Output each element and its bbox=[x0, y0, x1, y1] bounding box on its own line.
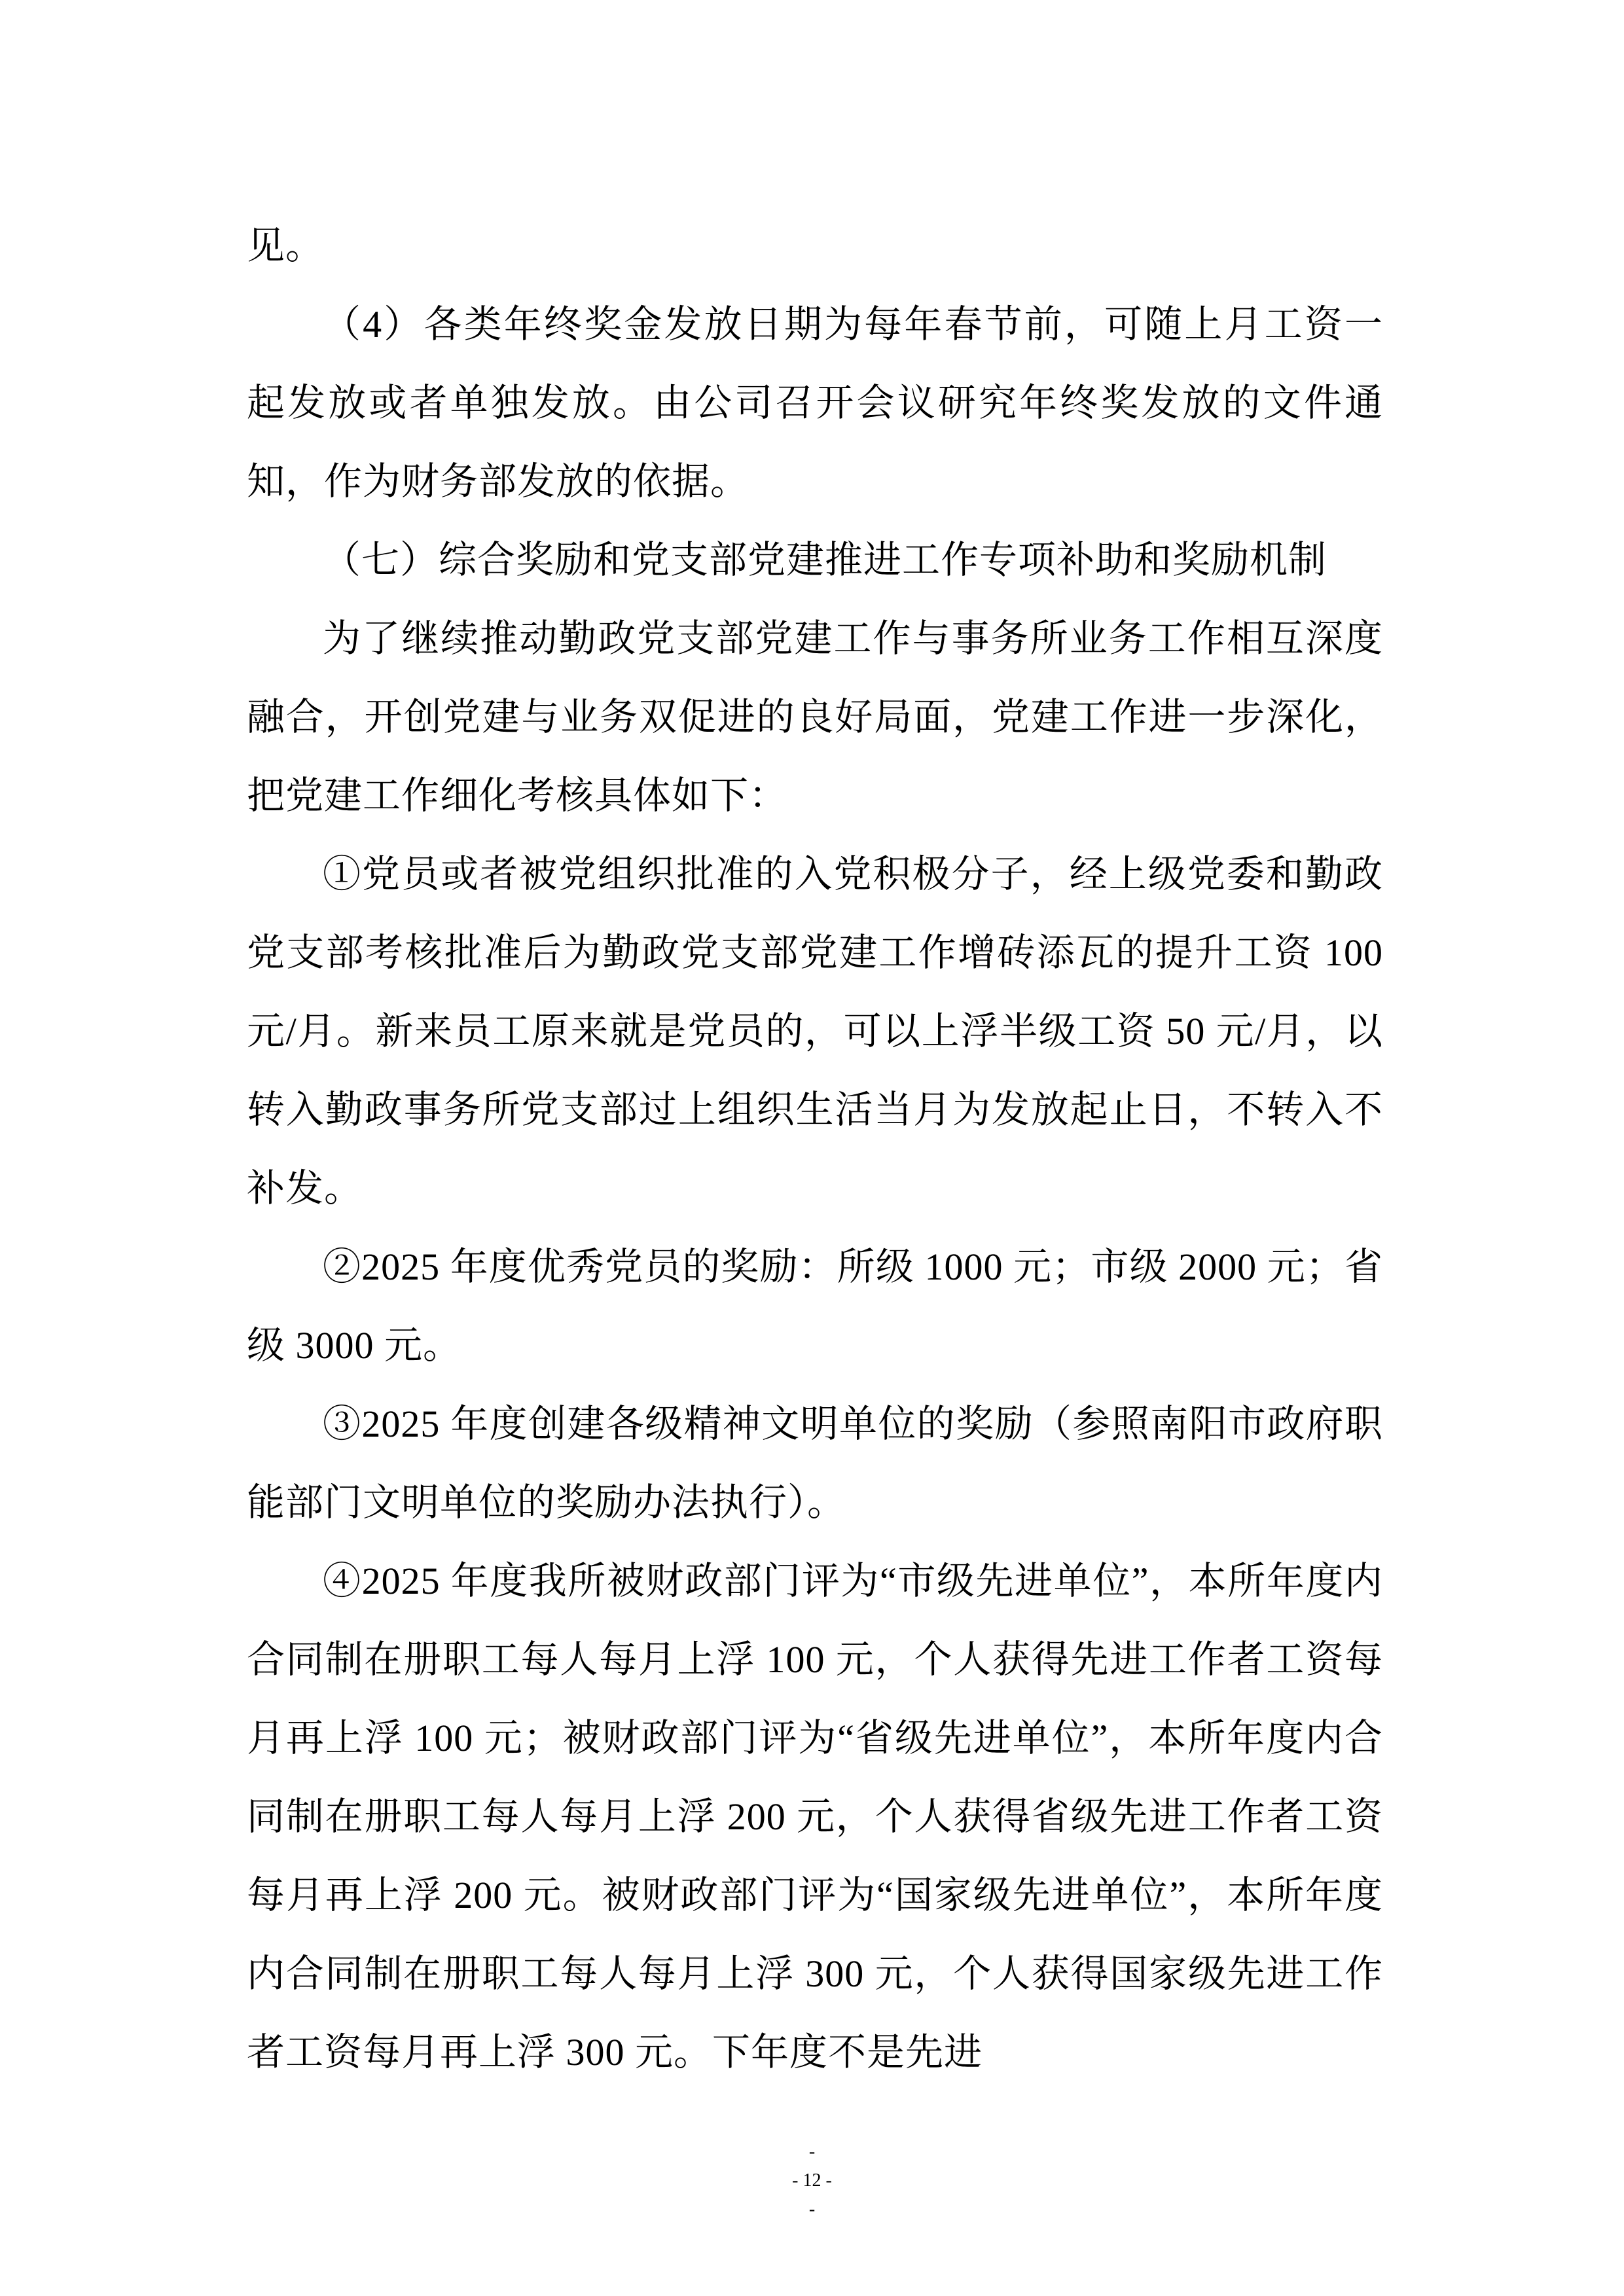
document-body: 见。 （4）各类年终奖金发放日期为每年春节前，可随上月工资一起发放或者单独发放。… bbox=[247, 207, 1383, 2092]
page-footer: - - 12 - - bbox=[0, 2138, 1624, 2224]
paragraph-heading-seven: （七）综合奖励和党支部党建推进工作专项补助和奖励机制 bbox=[247, 521, 1383, 600]
document-page: 见。 （4）各类年终奖金发放日期为每年春节前，可随上月工资一起发放或者单独发放。… bbox=[0, 0, 1624, 2296]
footer-dash-bottom: - bbox=[0, 2195, 1624, 2224]
page-number: - 12 - bbox=[0, 2166, 1624, 2195]
paragraph-clause-3: ③2025 年度创建各级精神文明单位的奖励（参照南阳市政府职能部门文明单位的奖励… bbox=[247, 1385, 1383, 1542]
paragraph-continuation: 见。 bbox=[247, 207, 1383, 285]
paragraph-item-4: （4）各类年终奖金发放日期为每年春节前，可随上月工资一起发放或者单独发放。由公司… bbox=[247, 285, 1383, 521]
paragraph-intro: 为了继续推动勤政党支部党建工作与事务所业务工作相互深度融合，开创党建与业务双促进… bbox=[247, 600, 1383, 835]
paragraph-clause-4: ④2025 年度我所被财政部门评为“市级先进单位”，本所年度内合同制在册职工每人… bbox=[247, 1542, 1383, 2092]
paragraph-clause-1: ①党员或者被党组织批准的入党积极分子，经上级党委和勤政党支部考核批准后为勤政党支… bbox=[247, 835, 1383, 1228]
footer-dash-top: - bbox=[0, 2138, 1624, 2166]
paragraph-clause-2: ②2025 年度优秀党员的奖励：所级 1000 元；市级 2000 元；省级 3… bbox=[247, 1228, 1383, 1385]
